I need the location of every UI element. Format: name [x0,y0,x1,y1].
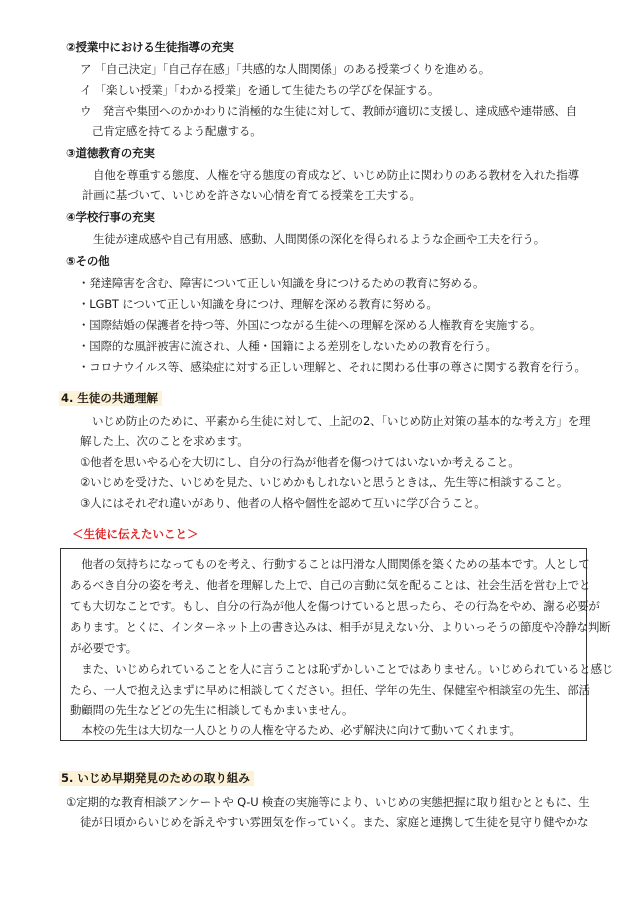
message-line: 動顧問の先生などどの先生に相談してもかまいません。 [70,703,353,717]
section-heading-common-understanding: 4. 生徒の共通理解 [59,391,162,406]
message-line: また、いじめられていることを人に言うことは恥ずかしいことではありません。いじめら… [70,662,613,676]
bullet-item: ・国際結婚の保護者を持つ等、外国につながる生徒への理解を深める人権教育を実施する… [78,318,541,332]
paragraph-line: 解した上、次のことを求めます。 [80,434,249,448]
paragraph-line: いじめ防止のために、平素から生徒に対して、上記の2、「いじめ防止対策の基本的な考… [92,414,590,428]
message-line: が必要です。 [70,641,137,655]
paragraph-line: 計画に基づいて、いじめを許さない心情を育てる授業を工夫する。 [82,188,421,202]
bullet-item: ・LGBT について正しい知識を身につけ、理解を深める教育に努める。 [78,297,438,311]
message-line: あるべき自分の姿を考え、他者を理解した上で、自己の言動に気を配ることは、社会生活… [70,578,590,592]
document-page: ②授業中における生徒指導の充実 ア 「自己決定」「自己存在感」「共感的な人間関係… [0,0,640,905]
subsection-title-moral-education: ③道徳教育の充実 [66,146,155,160]
numbered-item: ②いじめを受けた、いじめを見た、いじめかもしれないと思うときは,、先生等に相談す… [80,475,568,489]
bullet-item: ・コロナウイルス等、感染症に対する正しい理解と、それに関わる仕事の尊さに関する教… [78,360,586,374]
message-line: たら、一人で抱え込まずに早めに相談してください。担任、学年の先生、保健室や相談室… [70,683,590,697]
message-line: 本校の先生は大切な一人ひとりの人権を守るため、必ず解決に向けて動いてくれます。 [70,723,521,737]
subsection-title-school-events: ④学校行事の充実 [66,210,155,224]
section-heading-early-detection: 5. いじめ早期発見のための取り組み [59,771,254,786]
bullet-item: ・国際的な風評被害に流され、人種・国籍による差別をしないための教育を行う。 [78,339,497,353]
numbered-item: ③人にはそれぞれ違いがあり、他者の人格や個性を認めて互いに学び合うこと。 [80,496,486,510]
list-item: ア 「自己決定」「自己存在感」「共感的な人間関係」のある授業づくりを進める。 [80,62,490,76]
message-line: ても大切なことです。もし、自分の行為が他人を傷つけていると思ったら、その行為をや… [70,599,600,613]
numbered-item: ①他者を思いやる心を大切にし、自分の行為が他者を傷つけてはいないか考えること。 [80,455,520,469]
paragraph-line: 自他を尊重する態度、人権を守る態度の育成など、いじめ防止に関わりのある教材を入れ… [93,168,579,182]
numbered-item-continuation: 徒が日頃からいじめを訴えやすい雰囲気を作っていく。また、家庭と連携して生徒を見守… [80,815,588,829]
list-item: イ 「楽しい授業」「わかる授業」を通して生徒たちの学びを保証する。 [80,83,439,97]
subsection-title-other: ⑤その他 [66,254,109,268]
paragraph-line: 生徒が達成感や自己有用感、感動、人間関係の深化を得られるような企画や工夫を行う。 [93,232,545,246]
message-heading: ＜生徒に伝えたいこと＞ [72,527,199,541]
message-line: 他者の気持ちになってものを考え、行動することは円滑な人間関係を築くための基本です… [70,557,590,571]
message-line: あります。とくに、インターネット上の書き込みは、相手が見えない分、よりいっそうの… [70,620,610,634]
bullet-item: ・発達障害を含む、障害について正しい知識を身につけるための教育に努める。 [78,276,484,290]
subsection-title-lesson-guidance: ②授業中における生徒指導の充実 [66,40,234,54]
numbered-item: ①定期的な教育相談アンケートや Q-U 検査の実施等により、いじめの実態把握に取… [66,795,590,809]
list-item-continuation: 己肯定感を持てるよう配慮する。 [92,124,262,138]
list-item: ウ 発言や集団へのかかわりに消極的な生徒に対して、教師が適切に支援し、達成感や連… [80,104,577,118]
